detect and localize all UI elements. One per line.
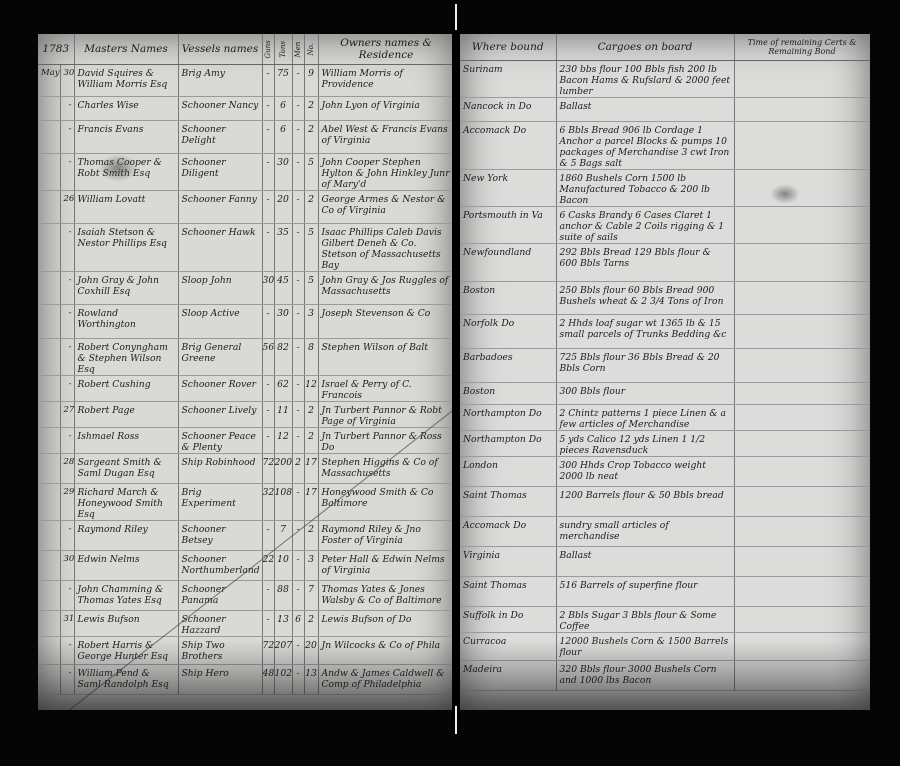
men-cell: -: [292, 224, 304, 272]
remaining-bond-cell: [734, 61, 870, 98]
day-cell: -: [60, 121, 74, 154]
owners-cell: Isaac Phillips Caleb Davis Gilbert Deneh…: [318, 224, 454, 272]
guns-cell: 72: [262, 454, 274, 484]
vessel-cell: Schooner Fanny: [178, 191, 262, 224]
ledger-row: Saint Thomas516 Barrels of superfine flo…: [460, 577, 870, 607]
men-cell: -: [292, 665, 304, 695]
cargo-cell: 725 Bbls flour 36 Bbls Bread & 20 Bbls C…: [556, 349, 734, 383]
crew-cell: 8: [304, 339, 318, 376]
day-cell: -: [60, 428, 74, 454]
remaining-bond-cell: [734, 170, 870, 207]
vessel-cell: Schooner Rover: [178, 376, 262, 402]
men-cell: -: [292, 339, 304, 376]
remaining-bond-cell: [734, 244, 870, 282]
ledger-row: Suffolk in Do2 Bbls Sugar 3 Bbls flour &…: [460, 607, 870, 633]
tons-header: Tons: [274, 34, 292, 65]
guns-cell: 32: [262, 484, 274, 521]
men-header: Men: [292, 34, 304, 65]
crew-cell: 2: [304, 428, 318, 454]
cargo-cell: 230 bbs flour 100 Bbls fish 200 lb Bacon…: [556, 61, 734, 98]
vessel-cell: Schooner Diligent: [178, 154, 262, 191]
vessel-cell: Brig Experiment: [178, 484, 262, 521]
where-bound-cell: Nancock in Do: [460, 98, 556, 122]
cargo-cell: Ballast: [556, 98, 734, 122]
crew-cell: 5: [304, 154, 318, 191]
guns-cell: -: [262, 402, 274, 428]
tons-cell: 6: [274, 97, 292, 121]
owners-cell: William Morris of Providence: [318, 65, 454, 97]
where-bound-cell: Curracoa: [460, 633, 556, 661]
owners-cell: Lewis Bufson of Do: [318, 611, 454, 637]
where-bound-cell: Barbadoes: [460, 349, 556, 383]
day-cell: -: [60, 637, 74, 665]
ledger-row: -Robert CushingSchooner Rover-62-12Israe…: [38, 376, 454, 402]
tons-cell: 12: [274, 428, 292, 454]
tons-cell: 88: [274, 581, 292, 611]
cargo-cell: 516 Barrels of superfine flour: [556, 577, 734, 607]
month-cell: [38, 376, 60, 402]
crew-cell: 3: [304, 551, 318, 581]
ledger-row: Northampton Do5 yds Calico 12 yds Linen …: [460, 431, 870, 457]
vessel-cell: Ship Two Brothers: [178, 637, 262, 665]
cargo-cell: Ballast: [556, 547, 734, 577]
cargo-cell: 292 Bbls Bread 129 Bbls flour & 600 Bbls…: [556, 244, 734, 282]
remaining-bond-cell: [734, 487, 870, 517]
gutter-marker-top: [455, 4, 457, 30]
cargo-cell: 320 Bbls flour 3000 Bushels Corn and 100…: [556, 661, 734, 691]
ledger-row: -Charles WiseSchooner Nancy-6-2John Lyon…: [38, 97, 454, 121]
month-cell: [38, 305, 60, 339]
cargo-cell: 12000 Bushels Corn & 1500 Barrels flour: [556, 633, 734, 661]
masters-cell: Charles Wise: [74, 97, 178, 121]
vessel-cell: Schooner Delight: [178, 121, 262, 154]
right-ledger-table: Where bound Cargoes on board Time of rem…: [460, 34, 870, 691]
guns-header: Guns: [262, 34, 274, 65]
ledger-row: -Robert Harris & George Hunter EsqShip T…: [38, 637, 454, 665]
masters-cell: John Chamming & Thomas Yates Esq: [74, 581, 178, 611]
crew-cell: 5: [304, 272, 318, 305]
men-cell: -: [292, 551, 304, 581]
cargo-cell: 250 Bbls flour 60 Bbls Bread 900 Bushels…: [556, 282, 734, 315]
month-cell: [38, 97, 60, 121]
where-bound-cell: Saint Thomas: [460, 577, 556, 607]
ledger-row: Accomack Dosundry small articles of merc…: [460, 517, 870, 547]
where-bound-cell: Portsmouth in Va: [460, 207, 556, 244]
guns-cell: 30: [262, 272, 274, 305]
owners-cell: Stephen Wilson of Balt: [318, 339, 454, 376]
where-bound-cell: Surinam: [460, 61, 556, 98]
where-bound-cell: Boston: [460, 383, 556, 405]
ledger-row: 30Edwin NelmsSchooner Northumberland2210…: [38, 551, 454, 581]
vessel-cell: Schooner Lively: [178, 402, 262, 428]
masters-cell: Rowland Worthington: [74, 305, 178, 339]
vessel-cell: Ship Hero: [178, 665, 262, 695]
month-cell: May: [38, 65, 60, 97]
men-cell: -: [292, 402, 304, 428]
owners-cell: Honeywood Smith & Co Baltimore: [318, 484, 454, 521]
cargo-cell: 300 Hhds Crop Tobacco weight 2000 lb nea…: [556, 457, 734, 487]
remaining-bond-cell: [734, 633, 870, 661]
year-header: 1783: [38, 34, 74, 65]
gutter-marker-bottom: [455, 706, 457, 734]
remaining-bond-cell: [734, 431, 870, 457]
cargo-cell: 5 yds Calico 12 yds Linen 1 1/2 pieces R…: [556, 431, 734, 457]
day-cell: -: [60, 272, 74, 305]
cargo-cell: 1200 Barrels flour & 50 Bbls bread: [556, 487, 734, 517]
where-bound-cell: Suffolk in Do: [460, 607, 556, 633]
day-cell: 30: [60, 65, 74, 97]
men-cell: -: [292, 272, 304, 305]
month-cell: [38, 191, 60, 224]
remaining-bond-cell: [734, 349, 870, 383]
guns-cell: -: [262, 154, 274, 191]
masters-cell: Lewis Bufson: [74, 611, 178, 637]
ledger-row: May30David Squires & William Morris EsqB…: [38, 65, 454, 97]
ledger-row: Northampton Do2 Chintz patterns 1 piece …: [460, 405, 870, 431]
owners-cell: John Cooper Stephen Hylton & John Hinkle…: [318, 154, 454, 191]
month-cell: [38, 428, 60, 454]
crew-cell: 2: [304, 97, 318, 121]
day-cell: -: [60, 224, 74, 272]
crew-cell: 2: [304, 121, 318, 154]
crew-cell: 12: [304, 376, 318, 402]
month-cell: [38, 454, 60, 484]
day-cell: -: [60, 376, 74, 402]
tons-cell: 75: [274, 65, 292, 97]
masters-cell: Edwin Nelms: [74, 551, 178, 581]
men-cell: -: [292, 376, 304, 402]
masters-cell: John Gray & John Coxhill Esq: [74, 272, 178, 305]
crew-cell: 9: [304, 65, 318, 97]
masters-cell: Sargeant Smith & Saml Dugan Esq: [74, 454, 178, 484]
owners-cell: Israel & Perry of C. Francois: [318, 376, 454, 402]
ink-stain: [770, 184, 800, 204]
day-cell: -: [60, 521, 74, 551]
tons-cell: 13: [274, 611, 292, 637]
ledger-row: VirginiaBallast: [460, 547, 870, 577]
owners-cell: Stephen Higgins & Co of Massachusetts: [318, 454, 454, 484]
men-cell: -: [292, 65, 304, 97]
crew-cell: 5: [304, 224, 318, 272]
guns-cell: 72: [262, 637, 274, 665]
month-cell: [38, 637, 60, 665]
vessel-cell: Schooner Northumberland: [178, 551, 262, 581]
day-cell: -: [60, 339, 74, 376]
guns-cell: -: [262, 191, 274, 224]
ledger-row: -Robert Conyngham & Stephen Wilson EsqBr…: [38, 339, 454, 376]
ledger-row: Saint Thomas1200 Barrels flour & 50 Bbls…: [460, 487, 870, 517]
crew-cell: 20: [304, 637, 318, 665]
day-cell: -: [60, 581, 74, 611]
guns-cell: -: [262, 65, 274, 97]
remaining-bond-cell: [734, 547, 870, 577]
tons-cell: 30: [274, 305, 292, 339]
men-cell: -: [292, 121, 304, 154]
remaining-bond-cell: [734, 517, 870, 547]
ledger-row: -John Chamming & Thomas Yates EsqSchoone…: [38, 581, 454, 611]
where-bound-header: Where bound: [460, 34, 556, 61]
month-cell: [38, 339, 60, 376]
ledger-row: -Rowland WorthingtonSloop Active-30-3Jos…: [38, 305, 454, 339]
tons-cell: 102: [274, 665, 292, 695]
tons-cell: 6: [274, 121, 292, 154]
remaining-bond-cell: [734, 661, 870, 691]
masters-cell: William Lovatt: [74, 191, 178, 224]
ledger-row: London300 Hhds Crop Tobacco weight 2000 …: [460, 457, 870, 487]
cargo-cell: 6 Casks Brandy 6 Cases Claret 1 anchor &…: [556, 207, 734, 244]
ledger-row: -Ishmael RossSchooner Peace & Plenty-12-…: [38, 428, 454, 454]
month-cell: [38, 581, 60, 611]
day-cell: 28: [60, 454, 74, 484]
owners-cell: George Armes & Nestor & Co of Virginia: [318, 191, 454, 224]
day-cell: -: [60, 665, 74, 695]
vessel-cell: Brig Amy: [178, 65, 262, 97]
owners-cell: John Gray & Jos Ruggles of Massachusetts: [318, 272, 454, 305]
remaining-bond-cell: [734, 122, 870, 170]
day-cell: -: [60, 97, 74, 121]
month-cell: [38, 484, 60, 521]
remaining-bond-cell: [734, 282, 870, 315]
vessel-cell: Brig General Greene: [178, 339, 262, 376]
day-cell: 30: [60, 551, 74, 581]
owners-cell: Raymond Riley & Jno Foster of Virginia: [318, 521, 454, 551]
ledger-row: -Isaiah Stetson & Nestor Phillips EsqSch…: [38, 224, 454, 272]
day-cell: 31: [60, 611, 74, 637]
men-cell: -: [292, 191, 304, 224]
tons-cell: 35: [274, 224, 292, 272]
men-cell: -: [292, 305, 304, 339]
guns-cell: -: [262, 121, 274, 154]
masters-cell: Raymond Riley: [74, 521, 178, 551]
owners-header: Owners names & Residence: [318, 34, 454, 65]
month-cell: [38, 402, 60, 428]
time-remaining-header: Time of remaining Certs & Remaining Bond: [734, 34, 870, 61]
crew-cell: 2: [304, 402, 318, 428]
remaining-bond-cell: [734, 405, 870, 431]
crew-cell: 13: [304, 665, 318, 695]
where-bound-cell: Madeira: [460, 661, 556, 691]
where-bound-cell: Boston: [460, 282, 556, 315]
guns-cell: -: [262, 224, 274, 272]
vessel-cell: Schooner Betsey: [178, 521, 262, 551]
remaining-bond-cell: [734, 577, 870, 607]
men-cell: -: [292, 428, 304, 454]
where-bound-cell: Norfolk Do: [460, 315, 556, 349]
remaining-bond-cell: [734, 315, 870, 349]
crew-cell: 17: [304, 454, 318, 484]
left-ledger-table: 1783 Masters Names Vessels names Guns To…: [38, 34, 454, 695]
crew-cell: 3: [304, 305, 318, 339]
masters-cell: David Squires & William Morris Esq: [74, 65, 178, 97]
guns-cell: -: [262, 611, 274, 637]
cargo-cell: 300 Bbls flour: [556, 383, 734, 405]
vessel-cell: Sloop Active: [178, 305, 262, 339]
where-bound-cell: Northampton Do: [460, 431, 556, 457]
guns-cell: -: [262, 428, 274, 454]
where-bound-cell: Saint Thomas: [460, 487, 556, 517]
masters-cell: Robert Page: [74, 402, 178, 428]
ledger-row: -John Gray & John Coxhill EsqSloop John3…: [38, 272, 454, 305]
remaining-bond-cell: [734, 98, 870, 122]
day-cell: 26: [60, 191, 74, 224]
vessel-cell: Ship Robinhood: [178, 454, 262, 484]
ledger-row: 27Robert PageSchooner Lively-11-2Jn Turb…: [38, 402, 454, 428]
cargo-cell: 2 Chintz patterns 1 piece Linen & a few …: [556, 405, 734, 431]
guns-cell: -: [262, 581, 274, 611]
guns-cell: -: [262, 521, 274, 551]
owners-cell: Peter Hall & Edwin Nelms of Virginia: [318, 551, 454, 581]
tons-cell: 11: [274, 402, 292, 428]
where-bound-cell: Newfoundland: [460, 244, 556, 282]
guns-cell: -: [262, 376, 274, 402]
tons-cell: 45: [274, 272, 292, 305]
crew-header: No.: [304, 34, 318, 65]
cargo-cell: 2 Bbls Sugar 3 Bbls flour & Some Coffee: [556, 607, 734, 633]
owners-cell: Abel West & Francis Evans of Virginia: [318, 121, 454, 154]
ledger-row: Madeira320 Bbls flour 3000 Bushels Corn …: [460, 661, 870, 691]
tons-cell: 10: [274, 551, 292, 581]
crew-cell: 2: [304, 611, 318, 637]
masters-cell: Robert Harris & George Hunter Esq: [74, 637, 178, 665]
month-cell: [38, 272, 60, 305]
book-gutter: [452, 22, 460, 722]
day-cell: 27: [60, 402, 74, 428]
month-cell: [38, 521, 60, 551]
vessel-cell: Schooner Panama: [178, 581, 262, 611]
remaining-bond-cell: [734, 207, 870, 244]
owners-cell: John Lyon of Virginia: [318, 97, 454, 121]
guns-cell: -: [262, 97, 274, 121]
where-bound-cell: Northampton Do: [460, 405, 556, 431]
owners-cell: Joseph Stevenson & Co: [318, 305, 454, 339]
month-cell: [38, 551, 60, 581]
month-cell: [38, 665, 60, 695]
ledger-row: Accomack Do6 Bbls Bread 906 lb Cordage 1…: [460, 122, 870, 170]
where-bound-cell: Virginia: [460, 547, 556, 577]
day-cell: -: [60, 305, 74, 339]
ledger-row: -William Pend & Saml Randolph EsqShip He…: [38, 665, 454, 695]
crew-cell: 7: [304, 581, 318, 611]
men-cell: 2: [292, 454, 304, 484]
month-cell: [38, 154, 60, 191]
where-bound-cell: Accomack Do: [460, 122, 556, 170]
crew-cell: 17: [304, 484, 318, 521]
day-cell: 29: [60, 484, 74, 521]
left-ledger-page: 1783 Masters Names Vessels names Guns To…: [38, 34, 454, 710]
ledger-row: Boston250 Bbls flour 60 Bbls Bread 900 B…: [460, 282, 870, 315]
tons-cell: 207: [274, 637, 292, 665]
ledger-row: Barbadoes725 Bbls flour 36 Bbls Bread & …: [460, 349, 870, 383]
right-ledger-page: Where bound Cargoes on board Time of rem…: [460, 34, 870, 710]
men-cell: -: [292, 581, 304, 611]
vessel-cell: Schooner Peace & Plenty: [178, 428, 262, 454]
tons-cell: 20: [274, 191, 292, 224]
ledger-row: Portsmouth in Va6 Casks Brandy 6 Cases C…: [460, 207, 870, 244]
ink-stain: [98, 154, 138, 182]
masters-cell: William Pend & Saml Randolph Esq: [74, 665, 178, 695]
ledger-scan: 1783 Masters Names Vessels names Guns To…: [0, 0, 900, 766]
ledger-row: -Raymond RileySchooner Betsey-7-2Raymond…: [38, 521, 454, 551]
where-bound-cell: New York: [460, 170, 556, 207]
right-header-row: Where bound Cargoes on board Time of rem…: [460, 34, 870, 61]
tons-cell: 62: [274, 376, 292, 402]
guns-cell: 56: [262, 339, 274, 376]
ledger-row: 26William LovattSchooner Fanny-20-2Georg…: [38, 191, 454, 224]
cargo-cell: sundry small articles of merchandise: [556, 517, 734, 547]
ledger-row: 31Lewis BufsonSchooner Hazzard-1362Lewis…: [38, 611, 454, 637]
masters-cell: Ishmael Ross: [74, 428, 178, 454]
masters-cell: Robert Cushing: [74, 376, 178, 402]
cargo-cell: 1860 Bushels Corn 1500 lb Manufactured T…: [556, 170, 734, 207]
remaining-bond-cell: [734, 607, 870, 633]
men-cell: -: [292, 521, 304, 551]
vessel-cell: Sloop John: [178, 272, 262, 305]
ledger-row: New York1860 Bushels Corn 1500 lb Manufa…: [460, 170, 870, 207]
owners-cell: Thomas Yates & Jones Walsby & Co of Balt…: [318, 581, 454, 611]
ledger-row: Newfoundland292 Bbls Bread 129 Bbls flou…: [460, 244, 870, 282]
owners-cell: Jn Turbert Pannor & Ross Do: [318, 428, 454, 454]
masters-cell: Francis Evans: [74, 121, 178, 154]
where-bound-cell: London: [460, 457, 556, 487]
day-cell: -: [60, 154, 74, 191]
remaining-bond-cell: [734, 383, 870, 405]
masters-cell: Isaiah Stetson & Nestor Phillips Esq: [74, 224, 178, 272]
left-header-row: 1783 Masters Names Vessels names Guns To…: [38, 34, 454, 65]
masters-header: Masters Names: [74, 34, 178, 65]
month-cell: [38, 611, 60, 637]
tons-cell: 30: [274, 154, 292, 191]
crew-cell: 2: [304, 191, 318, 224]
cargo-cell: 6 Bbls Bread 906 lb Cordage 1 Anchor a p…: [556, 122, 734, 170]
tons-cell: 82: [274, 339, 292, 376]
ledger-row: Curracoa12000 Bushels Corn & 1500 Barrel…: [460, 633, 870, 661]
guns-cell: -: [262, 305, 274, 339]
tons-cell: 108: [274, 484, 292, 521]
masters-cell: Richard March & Honeywood Smith Esq: [74, 484, 178, 521]
owners-cell: Jn Wilcocks & Co of Phila: [318, 637, 454, 665]
men-cell: -: [292, 154, 304, 191]
men-cell: 6: [292, 611, 304, 637]
guns-cell: 48: [262, 665, 274, 695]
masters-cell: Robert Conyngham & Stephen Wilson Esq: [74, 339, 178, 376]
ledger-row: -Francis EvansSchooner Delight-6-2Abel W…: [38, 121, 454, 154]
month-cell: [38, 224, 60, 272]
ledger-row: Nancock in DoBallast: [460, 98, 870, 122]
where-bound-cell: Accomack Do: [460, 517, 556, 547]
tons-cell: 200: [274, 454, 292, 484]
ledger-row: 29Richard March & Honeywood Smith EsqBri…: [38, 484, 454, 521]
men-cell: -: [292, 637, 304, 665]
owners-cell: Andw & James Caldwell & Comp of Philadel…: [318, 665, 454, 695]
ledger-row: Boston300 Bbls flour: [460, 383, 870, 405]
remaining-bond-cell: [734, 457, 870, 487]
vessels-header: Vessels names: [178, 34, 262, 65]
ledger-row: Norfolk Do2 Hhds loaf sugar wt 1365 lb &…: [460, 315, 870, 349]
men-cell: -: [292, 484, 304, 521]
cargo-cell: 2 Hhds loaf sugar wt 1365 lb & 15 small …: [556, 315, 734, 349]
men-cell: -: [292, 97, 304, 121]
month-cell: [38, 121, 60, 154]
cargo-header: Cargoes on board: [556, 34, 734, 61]
vessel-cell: Schooner Hawk: [178, 224, 262, 272]
ledger-row: Surinam230 bbs flour 100 Bbls fish 200 l…: [460, 61, 870, 98]
vessel-cell: Schooner Nancy: [178, 97, 262, 121]
